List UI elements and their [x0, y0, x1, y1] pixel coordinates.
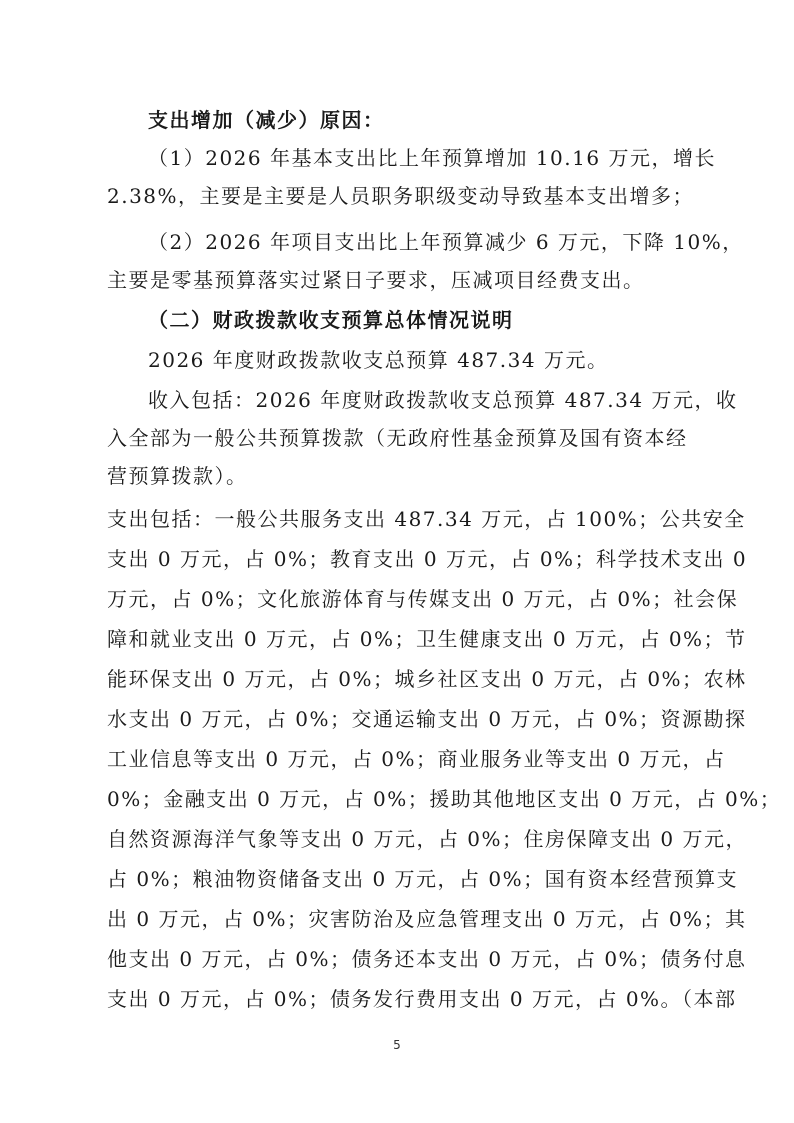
- reason-1-line-2: 2.38%，主要是主要是人员职务职级变动导致基本支出增多；: [107, 177, 687, 215]
- expense-line-2: 支出 0 万元，占 0%；教育支出 0 万元，占 0%；科学技术支出 0: [107, 540, 687, 578]
- expense-line-7: 工业信息等支出 0 万元，占 0%；商业服务业等支出 0 万元，占: [107, 740, 687, 778]
- expense-line-8: 0%；金融支出 0 万元，占 0%；援助其他地区支出 0 万元，占 0%；: [107, 780, 687, 818]
- income-line-3: 营预算拨款）。: [107, 457, 687, 495]
- expense-line-10: 占 0%；粮油物资储备支出 0 万元，占 0%；国有资本经营预算支: [107, 860, 687, 898]
- page-number: 5: [0, 1038, 794, 1052]
- income-line-2: 入全部为一般公共预算拨款（无政府性基金预算及国有资本经: [107, 419, 687, 457]
- expense-line-3: 万元，占 0%；文化旅游体育与传媒支出 0 万元，占 0%；社会保: [107, 580, 687, 618]
- reason-2-line-1: （2）2026 年项目支出比上年预算减少 6 万元，下降 10%，: [148, 223, 687, 261]
- document-page: 支出增加（减少）原因： （1）2026 年基本支出比上年预算增加 10.16 万…: [0, 0, 794, 1123]
- reason-2-line-2: 主要是零基预算落实过紧日子要求，压减项目经费支出。: [107, 261, 687, 299]
- expense-line-6: 水支出 0 万元，占 0%；交通运输支出 0 万元，占 0%；资源勘探: [107, 700, 687, 738]
- expense-line-5: 能环保支出 0 万元，占 0%；城乡社区支出 0 万元，占 0%；农林: [107, 660, 687, 698]
- reason-1-line-1: （1）2026 年基本支出比上年预算增加 10.16 万元，增长: [148, 139, 687, 177]
- expense-line-9: 自然资源海洋气象等支出 0 万元，占 0%；住房保障支出 0 万元，: [107, 820, 687, 858]
- expense-line-11: 出 0 万元，占 0%；灾害防治及应急管理支出 0 万元，占 0%；其: [107, 900, 687, 938]
- expense-line-12: 他支出 0 万元，占 0%；债务还本支出 0 万元，占 0%；债务付息: [107, 940, 687, 978]
- total-paragraph: 2026 年度财政拨款收支总预算 487.34 万元。: [148, 341, 687, 379]
- section-heading-reason: 支出增加（减少）原因：: [148, 101, 687, 139]
- expense-line-1: 支出包括：一般公共服务支出 487.34 万元，占 100%；公共安全: [107, 500, 687, 538]
- section-heading-2: （二）财政拨款收支预算总体情况说明: [148, 301, 687, 339]
- income-line-1: 收入包括：2026 年度财政拨款收支总预算 487.34 万元，收: [148, 381, 687, 419]
- expense-line-4: 障和就业支出 0 万元，占 0%；卫生健康支出 0 万元，占 0%；节: [107, 620, 687, 658]
- expense-line-13: 支出 0 万元，占 0%；债务发行费用支出 0 万元，占 0%。（本部: [107, 980, 687, 1018]
